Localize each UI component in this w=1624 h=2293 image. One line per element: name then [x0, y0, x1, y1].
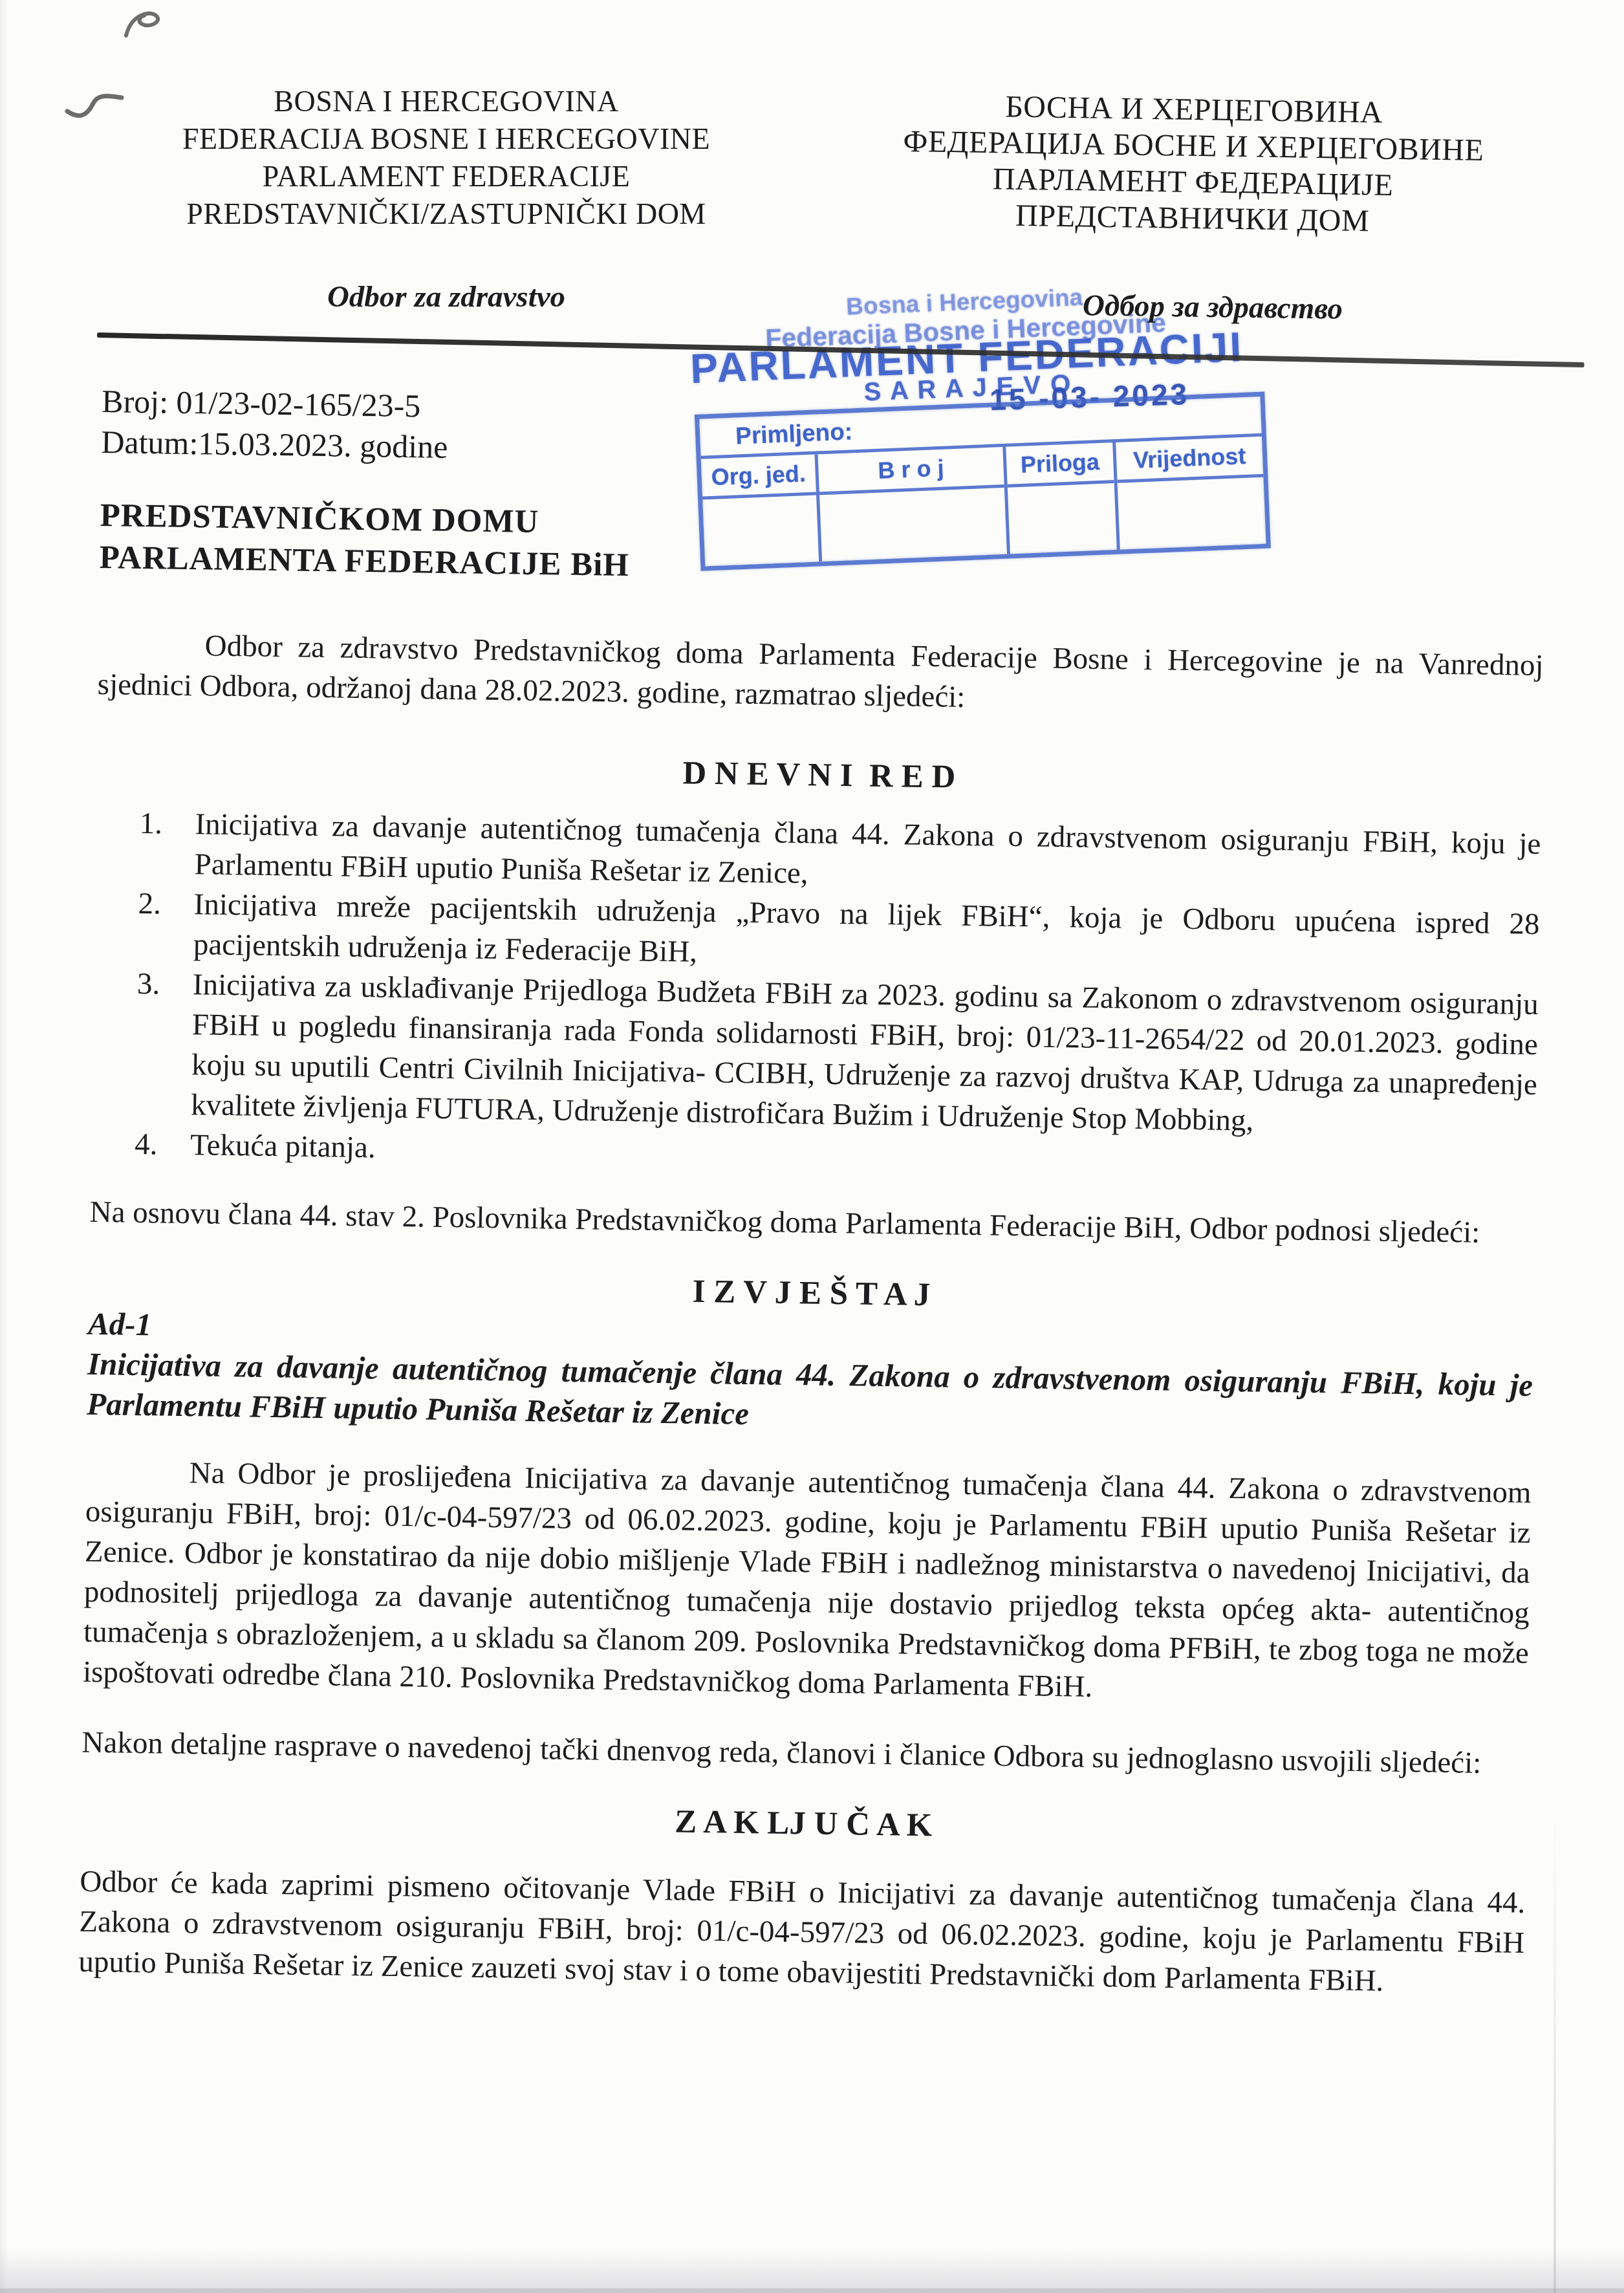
- agenda-title: D N E V N I R E D: [96, 744, 1543, 806]
- discussion-paragraph: Nakon detaljne rasprave o navedenoj tačk…: [81, 1722, 1528, 1784]
- header-left-line2: FEDERACIJA BOSNE I HERCEGOVINE: [139, 120, 753, 158]
- scan-edge-bottom-line: [0, 2288, 1624, 2293]
- agenda-item-number: 4.: [135, 1124, 191, 1165]
- document-body: Broj: 01/23-02-165/23-5 Datum:15.03.2023…: [78, 372, 1547, 2034]
- addressee-block: PREDSTAVNIČKOM DOMU PARLAMENTA FEDERACIJ…: [99, 495, 1546, 600]
- report-paragraph: Na Odbor je proslijeđena Inicijativa za …: [83, 1451, 1532, 1713]
- header-left-line4: PREDSTAVNIČKI/ZASTUPNIČKI DOM: [139, 195, 753, 233]
- header-left-line1: BOSNA I HERCEGOVINA: [139, 83, 753, 120]
- agenda-item-number: 3.: [135, 964, 193, 1125]
- scan-edge-bottom-shade: [0, 2248, 1624, 2293]
- ink-check-mark: [63, 89, 128, 125]
- header-right: БОСНА И ХЕРЦЕГОВИНА ФЕДЕРАЦИЈА БОСНЕ И Х…: [875, 87, 1511, 241]
- committee-name-cyrillic: Одбор за здравство: [1032, 287, 1394, 327]
- agenda-item-number: 2.: [137, 884, 194, 964]
- scanned-document-page: BOSNA I HERCEGOVINA FEDERACIJA BOSNE I H…: [0, 0, 1624, 2293]
- ink-squiggle-mark: [120, 6, 171, 45]
- committee-name-latin: Odbor za zdravstvo: [220, 279, 673, 314]
- scan-edge-left-shade: [0, 0, 8, 2293]
- scan-edge-streak: [1554, 1801, 1556, 2293]
- agenda-list: 1. Inicijativa za davanje autentičnog tu…: [91, 803, 1541, 1185]
- header-left-line3: PARLAMENT FEDERACIJE: [139, 158, 753, 195]
- conclusion-title: Z A K LJ U Č A K: [80, 1793, 1526, 1854]
- intro-paragraph: Odbor za zdravstvo Predstavničkog doma P…: [97, 624, 1544, 726]
- agenda-item: 3. Inicijativa za usklađivanje Prijedlog…: [135, 964, 1539, 1145]
- header-left: BOSNA I HERCEGOVINA FEDERACIJA BOSNE I H…: [139, 83, 753, 233]
- agenda-item-number: 1.: [138, 803, 195, 884]
- agenda-item-text: Inicijativa za usklađivanje Prijedloga B…: [191, 964, 1539, 1145]
- basis-paragraph: Na osnovu člana 44. stav 2. Poslovnika P…: [89, 1192, 1535, 1254]
- conclusion-paragraph: Odbor će kada zaprimi pismeno očitovanje…: [78, 1862, 1526, 2003]
- reference-block: Broj: 01/23-02-165/23-5 Datum:15.03.2023…: [101, 381, 1548, 484]
